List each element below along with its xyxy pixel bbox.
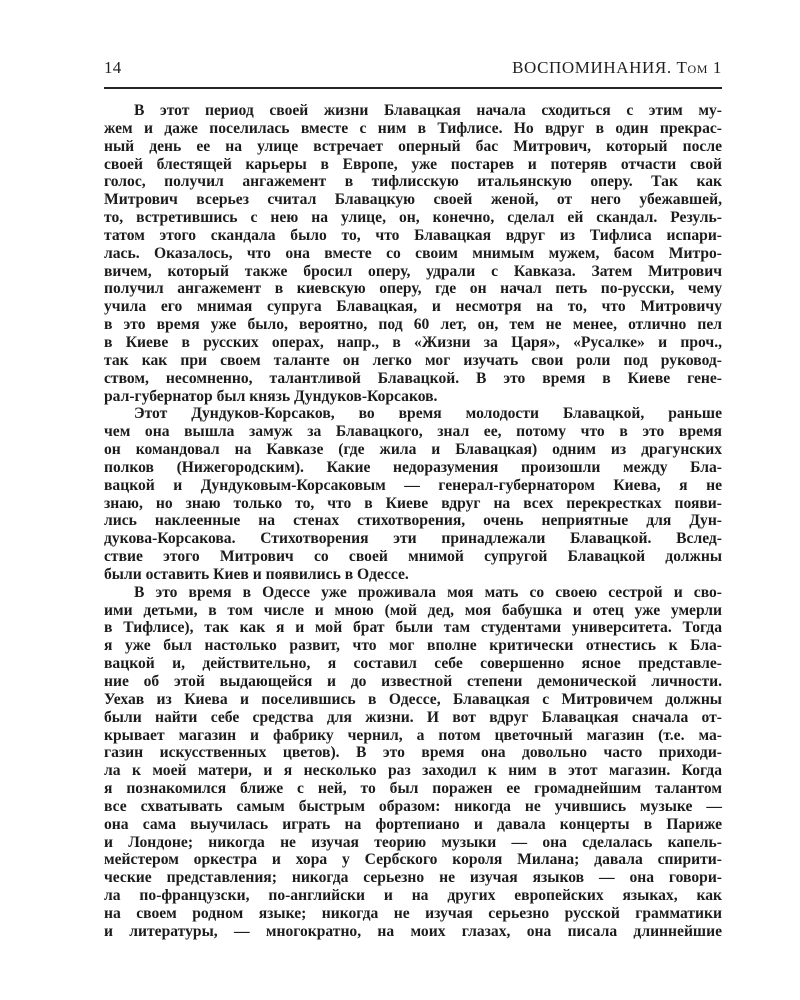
text-line: в Киеве в русских операх, напр., в «Жизн… — [104, 334, 722, 352]
text-line: голос, получил ангажемент в тифлисскую и… — [104, 173, 722, 191]
text-line: Уехав из Киева и поселившись в Одессе, Б… — [104, 691, 722, 709]
text-line: рал-губернатор был князь Дундуков-Корсак… — [104, 388, 722, 406]
text-line: Этот Дундуков-Корсаков, во время молодос… — [104, 405, 722, 423]
text-line: Митрович всерьез считал Блавацкую своей … — [104, 191, 722, 209]
text-line: все схватывать самым быстрым образом: ни… — [104, 798, 722, 816]
text-line: она сама выучилась играть на фортепиано … — [104, 816, 722, 834]
text-line: ством, несомненно, талантливой Блавацкой… — [104, 370, 722, 388]
text-line: ими детьми, в том числе и мною (мой дед,… — [104, 602, 722, 620]
text-line: знаю, но знаю только то, что в Киеве вдр… — [104, 495, 722, 513]
text-line: ла к моей матери, и я несколько раз захо… — [104, 762, 722, 780]
page-number: 14 — [104, 58, 122, 78]
text-line: получил ангажемент в киевскую оперу, где… — [104, 280, 722, 298]
text-line: в Тифлисе), так как я и мой брат были та… — [104, 619, 722, 637]
paragraph: В этот период своей жизни Блавацкая нача… — [104, 102, 722, 405]
text-line: на своем родном языке; никогда не изучая… — [104, 905, 722, 923]
paragraph: В это время в Одессе уже проживала моя м… — [104, 584, 722, 941]
text-line: крывает магазин и фабрику чернил, а пото… — [104, 727, 722, 745]
text-line: ла по-французски, по-английски и на друг… — [104, 887, 722, 905]
text-line: и литературы, — многократно, на моих гла… — [104, 923, 722, 941]
text-line: чем она вышла замуж за Блавацкого, знал … — [104, 423, 722, 441]
text-line: вацкой и Дундуковым-Корсаковым — генерал… — [104, 477, 722, 495]
text-line: так как при своем таланте он легко мог и… — [104, 352, 722, 370]
text-line: в это время уже было, вероятно, под 60 л… — [104, 316, 722, 334]
text-line: ный день ее на улице встречает оперный б… — [104, 138, 722, 156]
book-page: 14 ВОСПОМИНАНИЯ. Том 1 В этот период сво… — [0, 0, 800, 1000]
running-title: ВОСПОМИНАНИЯ. Том 1 — [512, 58, 722, 78]
text-line: В этот период своей жизни Блавацкая нача… — [104, 102, 722, 120]
running-header: 14 ВОСПОМИНАНИЯ. Том 1 — [104, 58, 722, 78]
text-line: и Лондоне; никогда не изучая теорию музы… — [104, 834, 722, 852]
text-line: жем и даже поселилась вместе с ним в Тиф… — [104, 120, 722, 138]
text-line: я познакомился ближе с ней, то был пораж… — [104, 780, 722, 798]
text-line: вичем, который также бросил оперу, удрал… — [104, 263, 722, 281]
text-line: я уже был настолько развит, что мог впол… — [104, 637, 722, 655]
paragraph: Этот Дундуков-Корсаков, во время молодос… — [104, 405, 722, 583]
text-line: лась. Оказалось, что она вместе со своим… — [104, 245, 722, 263]
text-line: татом этого скандала было то, что Блавац… — [104, 227, 722, 245]
text-line: мейстером оркестра и хора у Сербского ко… — [104, 851, 722, 869]
text-line: ние об этой выдающейся и до известной ст… — [104, 673, 722, 691]
text-line: своей блестящей карьеры в Европе, уже по… — [104, 156, 722, 174]
header-rule — [104, 87, 722, 89]
text-line: В это время в Одессе уже проживала моя м… — [104, 584, 722, 602]
text-block: В этот период своей жизни Блавацкая нача… — [104, 102, 722, 941]
text-line: то, встретившись с нею на улице, он, кон… — [104, 209, 722, 227]
text-line: учила его мнимая супруга Блавацкая, и не… — [104, 298, 722, 316]
text-line: были оставить Киев и появились в Одессе. — [104, 566, 722, 584]
text-line: ческие представления; никогда серьезно н… — [104, 869, 722, 887]
text-line: лись наклеенные на стенах стихотворения,… — [104, 512, 722, 530]
text-line: дукова-Корсакова. Стихотворения эти прин… — [104, 530, 722, 548]
text-line: полков (Нижегородским). Какие недоразуме… — [104, 459, 722, 477]
text-line: были найти себе средства для жизни. И во… — [104, 709, 722, 727]
text-line: он командовал на Кавказе (где жила и Бла… — [104, 441, 722, 459]
text-line: вацкой и, действительно, я составил себе… — [104, 655, 722, 673]
page-content: 14 ВОСПОМИНАНИЯ. Том 1 В этот период сво… — [104, 58, 722, 941]
text-line: ствие этого Митрович со своей мнимой суп… — [104, 548, 722, 566]
text-line: газин искусственных цветов). В это время… — [104, 744, 722, 762]
